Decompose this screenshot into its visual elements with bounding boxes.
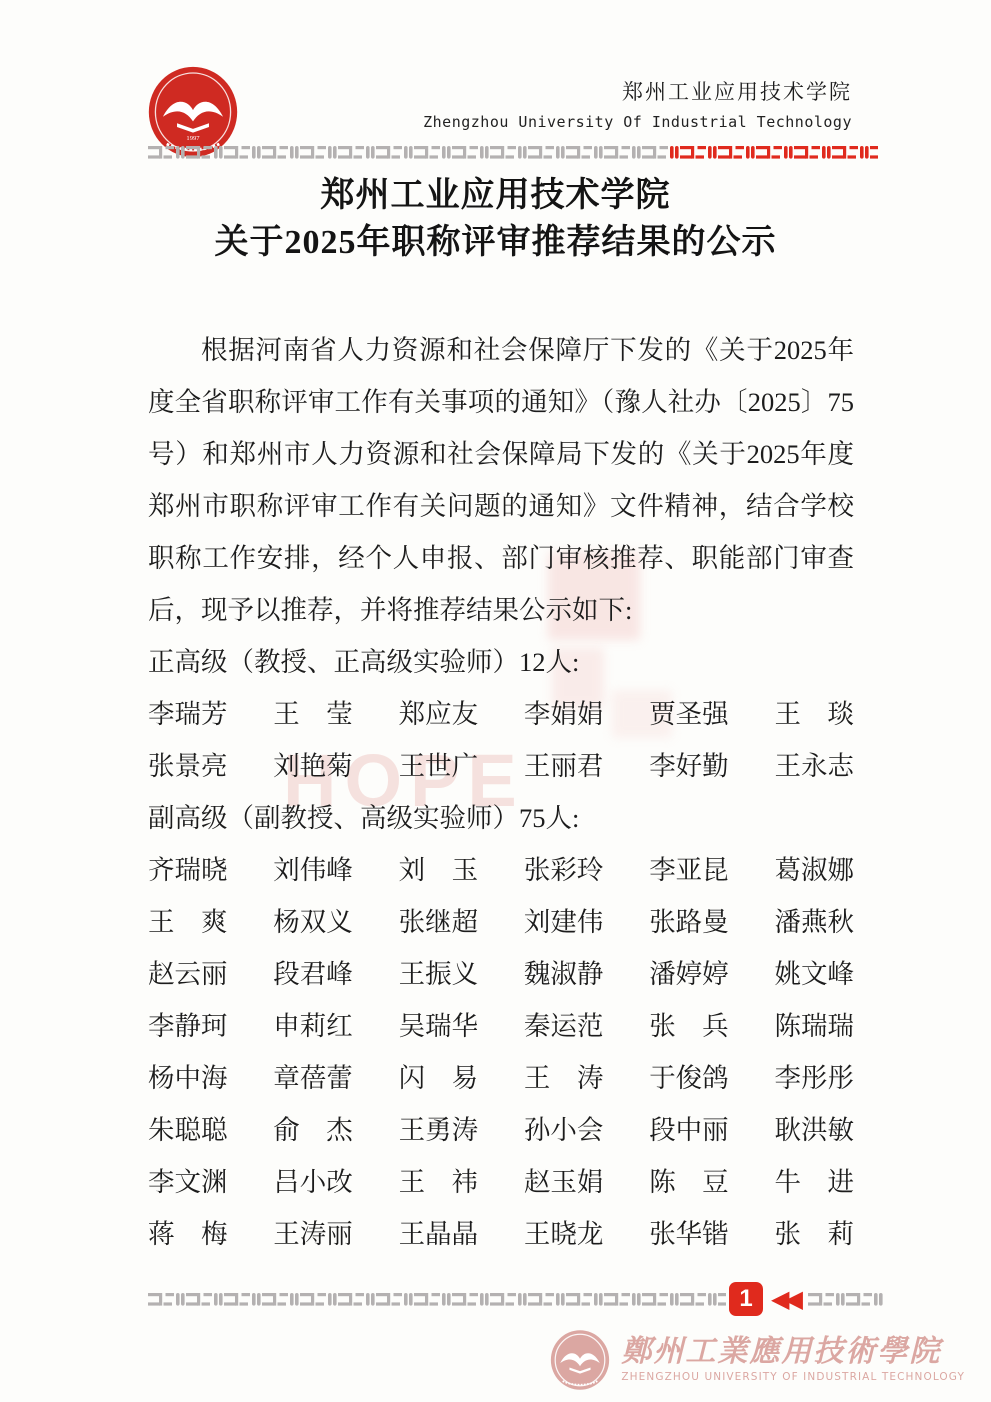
document-title-line1: 郑州工业应用技术学院 — [0, 172, 991, 219]
decorative-band-top — [148, 146, 878, 159]
person-name: 王晶晶 — [399, 1208, 479, 1260]
person-name: 段中丽 — [649, 1104, 729, 1156]
person-name: 赵玉娟 — [524, 1156, 604, 1208]
person-name: 段君峰 — [273, 948, 353, 1000]
person-name: 闪 易 — [399, 1052, 479, 1104]
person-name: 张 莉 — [774, 1208, 854, 1260]
brand-watermark: 鄭州工業應用技術學院 ZHENGZHOU UNIVERSITY OF INDUS… — [549, 1328, 965, 1392]
name-grid-senior: 李瑞芳王 莹郑应友李娟娟贾圣强王 琰张景亮刘艳菊王世广王丽君李好勤王永志 — [148, 688, 854, 792]
person-name: 吴瑞华 — [399, 1000, 479, 1052]
person-name: 李瑞芳 — [148, 688, 228, 740]
person-name: 陈 豆 — [649, 1156, 729, 1208]
person-name: 魏淑静 — [524, 948, 604, 1000]
seal-year: 1997 — [186, 135, 200, 142]
name-row: 李静珂申莉红吴瑞华秦运范张 兵陈瑞瑞 — [148, 1000, 854, 1052]
section-heading-senior: 正高级（教授、正高级实验师）12人: — [148, 636, 854, 688]
person-name: 王振义 — [399, 948, 479, 1000]
person-name: 朱聪聪 — [148, 1104, 228, 1156]
document-title-line2: 关于2025年职称评审推荐结果的公示 — [0, 219, 991, 266]
person-name: 潘婷婷 — [649, 948, 729, 1000]
person-name: 张路曼 — [649, 896, 729, 948]
school-seal-pink-icon — [549, 1328, 611, 1392]
person-name: 秦运范 — [524, 1000, 604, 1052]
person-name: 赵云丽 — [148, 948, 228, 1000]
document-body: 根据河南省人力资源和社会保障厅下发的《关于2025年度全省职称评审工作有关事项的… — [148, 324, 854, 1260]
person-name: 刘建伟 — [524, 896, 604, 948]
person-name: 王 祎 — [399, 1156, 479, 1208]
page-footer: 1 ◀◀ — [148, 1279, 884, 1319]
person-name: 齐瑞晓 — [148, 844, 228, 896]
person-name: 耿洪敏 — [774, 1104, 854, 1156]
person-name: 贾圣强 — [649, 688, 729, 740]
person-name: 刘 玉 — [399, 844, 479, 896]
person-name: 张继超 — [399, 896, 479, 948]
name-row: 张景亮刘艳菊王世广王丽君李好勤王永志 — [148, 740, 854, 792]
school-name-cn: 郑州工业应用技术学院 — [423, 76, 852, 108]
person-name: 蒋 梅 — [148, 1208, 228, 1260]
person-name: 张景亮 — [148, 740, 228, 792]
person-name: 于俊鸽 — [649, 1052, 729, 1104]
brand-name-cn: 鄭州工業應用技術學院 — [621, 1335, 965, 1369]
person-name: 李静珂 — [148, 1000, 228, 1052]
person-name: 刘伟峰 — [273, 844, 353, 896]
person-name: 杨双义 — [273, 896, 353, 948]
person-name: 牛 进 — [774, 1156, 854, 1208]
person-name: 王涛丽 — [273, 1208, 353, 1260]
name-row: 李文渊吕小改王 祎赵玉娟陈 豆牛 进 — [148, 1156, 854, 1208]
person-name: 陈瑞瑞 — [774, 1000, 854, 1052]
person-name: 王晓龙 — [524, 1208, 604, 1260]
person-name: 张 兵 — [649, 1000, 729, 1052]
name-grid-associate: 齐瑞晓刘伟峰刘 玉张彩玲李亚昆葛淑娜王 爽杨双义张继超刘建伟张路曼潘燕秋赵云丽段… — [148, 844, 854, 1260]
person-name: 李好勤 — [649, 740, 729, 792]
person-name: 姚文峰 — [774, 948, 854, 1000]
person-name: 葛淑娜 — [774, 844, 854, 896]
document-page: HOPE 1997 郑州工业应用技术学院 Zhengzhou Universit… — [0, 0, 991, 1402]
person-name: 潘燕秋 — [774, 896, 854, 948]
name-row: 朱聪聪俞 杰王勇涛孙小会段中丽耿洪敏 — [148, 1104, 854, 1156]
name-row: 蒋 梅王涛丽王晶晶王晓龙张华锴张 莉 — [148, 1208, 854, 1260]
person-name: 章蓓蕾 — [273, 1052, 353, 1104]
person-name: 王 涛 — [524, 1052, 604, 1104]
person-name: 王勇涛 — [399, 1104, 479, 1156]
back-arrows-icon: ◀◀ — [771, 1287, 798, 1311]
name-row: 齐瑞晓刘伟峰刘 玉张彩玲李亚昆葛淑娜 — [148, 844, 854, 896]
person-name: 吕小改 — [273, 1156, 353, 1208]
person-name: 杨中海 — [148, 1052, 228, 1104]
person-name: 张彩玲 — [524, 844, 604, 896]
intro-paragraph: 根据河南省人力资源和社会保障厅下发的《关于2025年度全省职称评审工作有关事项的… — [148, 324, 854, 636]
person-name: 王丽君 — [524, 740, 604, 792]
person-name: 刘艳菊 — [273, 740, 353, 792]
school-name-en: Zhengzhou University Of Industrial Techn… — [423, 108, 852, 136]
document-title: 郑州工业应用技术学院 关于2025年职称评审推荐结果的公示 — [0, 172, 991, 266]
person-name: 王世广 — [399, 740, 479, 792]
person-name: 孙小会 — [524, 1104, 604, 1156]
decorative-band-bottom-left — [148, 1293, 726, 1306]
name-row: 李瑞芳王 莹郑应友李娟娟贾圣强王 琰 — [148, 688, 854, 740]
person-name: 申莉红 — [273, 1000, 353, 1052]
person-name: 王永志 — [774, 740, 854, 792]
person-name: 李亚昆 — [649, 844, 729, 896]
person-name: 王 爽 — [148, 896, 228, 948]
name-row: 杨中海章蓓蕾闪 易王 涛于俊鸽李彤彤 — [148, 1052, 854, 1104]
person-name: 李文渊 — [148, 1156, 228, 1208]
person-name: 王 莹 — [273, 688, 353, 740]
person-name: 李彤彤 — [774, 1052, 854, 1104]
page-number-badge: 1 — [729, 1282, 763, 1316]
brand-name-en: ZHENGZHOU UNIVERSITY OF INDUSTRIAL TECHN… — [621, 1369, 965, 1385]
name-row: 赵云丽段君峰王振义魏淑静潘婷婷姚文峰 — [148, 948, 854, 1000]
person-name: 王 琰 — [774, 688, 854, 740]
decorative-band-bottom-right — [808, 1293, 884, 1306]
person-name: 郑应友 — [399, 688, 479, 740]
section-heading-associate: 副高级（副教授、高级实验师）75人: — [148, 792, 854, 844]
name-row: 王 爽杨双义张继超刘建伟张路曼潘燕秋 — [148, 896, 854, 948]
person-name: 张华锴 — [649, 1208, 729, 1260]
person-name: 俞 杰 — [273, 1104, 353, 1156]
person-name: 李娟娟 — [524, 688, 604, 740]
